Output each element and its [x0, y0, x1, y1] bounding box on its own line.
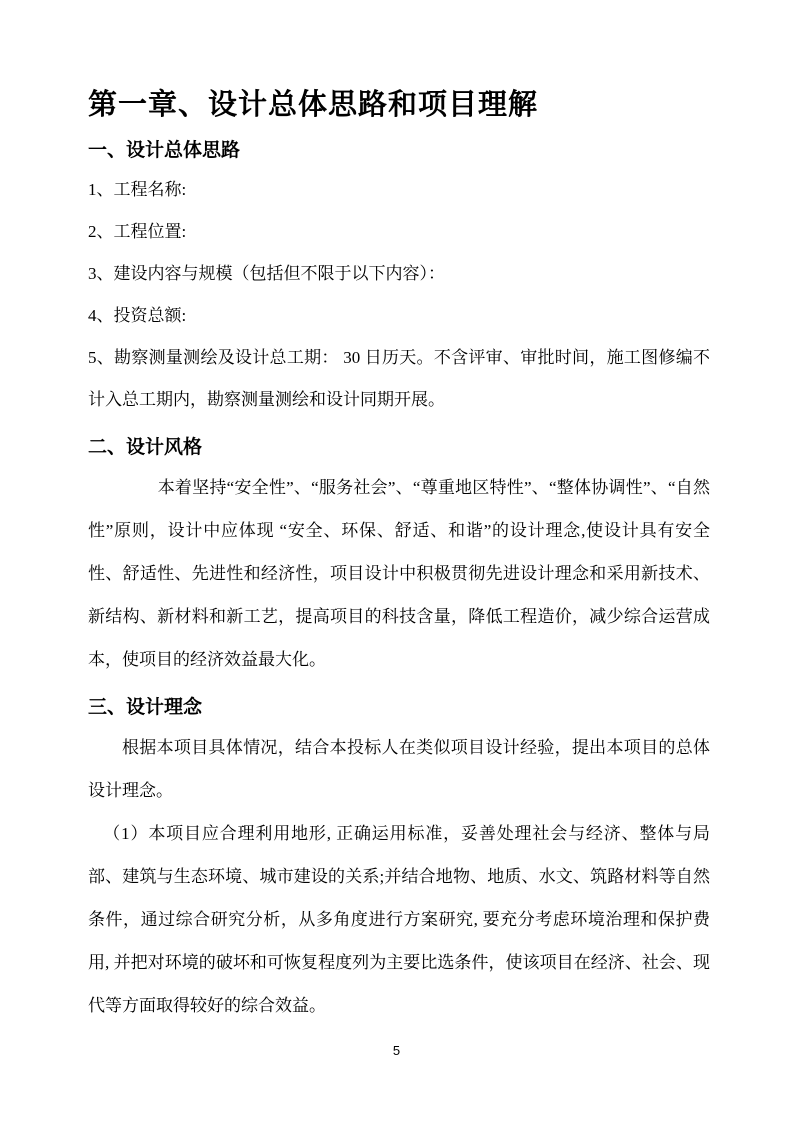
- paragraph-design-concept-intro: 根据本项目具体情况，结合本投标人在类似项目设计经验，提出本项目的总体设计理念。: [88, 726, 710, 812]
- list-item-project-name: 1、工程名称:: [88, 169, 710, 211]
- section-heading-design-concept: 三、设计理念: [88, 695, 710, 720]
- page-number: 5: [0, 1043, 793, 1058]
- chapter-title: 第一章、设计总体思路和项目理解: [88, 86, 710, 124]
- section-heading-design-overall-thinking: 一、设计总体思路: [88, 138, 710, 163]
- list-item-construction-content: 3、建设内容与规模（包括但不限于以下内容）：: [88, 253, 710, 295]
- list-item-total-investment: 4、投资总额:: [88, 295, 710, 337]
- paragraph-design-style: 本着坚持“安全性”、“服务社会”、“尊重地区特性”、“整体协调性”、“自然性”原…: [88, 466, 710, 681]
- list-item-survey-design-duration: 5、勘察测量测绘及设计总工期： 30 日历天。不含评审、审批时间，施工图修编不计…: [88, 337, 710, 421]
- paragraph-design-concept-point-1: （1）本项目应合理利用地形, 正确运用标准，妥善处理社会与经济、整体与局部、建筑…: [88, 812, 710, 1027]
- list-item-project-location: 2、工程位置:: [88, 211, 710, 253]
- section-heading-design-style: 二、设计风格: [88, 435, 710, 460]
- document-page: 第一章、设计总体思路和项目理解 一、设计总体思路 1、工程名称: 2、工程位置:…: [0, 0, 793, 1122]
